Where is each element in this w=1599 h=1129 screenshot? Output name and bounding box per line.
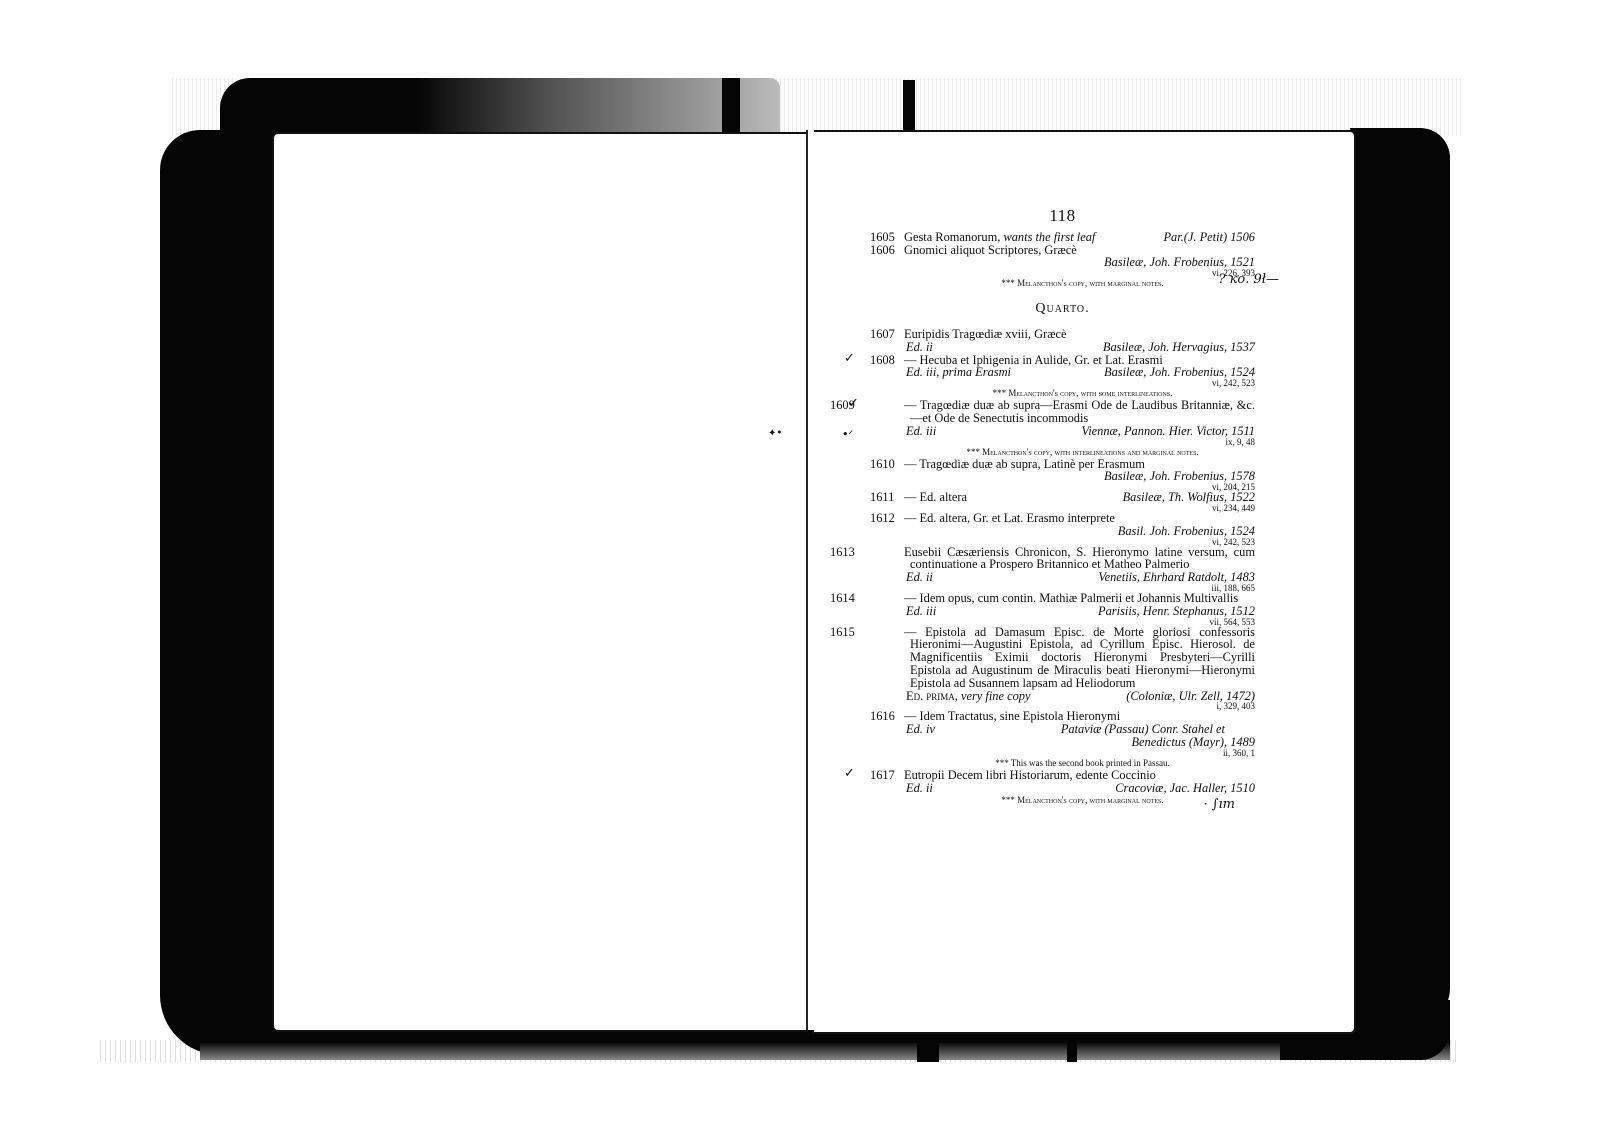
entry-imprint: Viennæ, Pannon. Hier. Victor, 1511 [1082, 425, 1255, 438]
entry-number: 1607 [870, 328, 904, 341]
entry-edition: Ed. iii, prima Erasmi [906, 366, 1011, 379]
catalogue-entry: 1606Gnomici aliquot Scriptores, Græcè Ba… [870, 244, 1255, 290]
catalogue-entry: ✓ 1609— Tragœdiæ duæ ab supra—Erasmi Ode… [870, 399, 1255, 457]
page-marker-tab [1067, 1030, 1077, 1062]
entry-number: 1616 [870, 710, 904, 723]
entry-number: 1605 [870, 231, 904, 244]
catalogue-entry: 1616— Idem Tractatus, sine Epistola Hier… [870, 710, 1255, 768]
entry-annotation: *** Melancthon's copy, with marginal not… [1001, 795, 1163, 805]
catalogue-entry: 1610— Tragœdiæ duæ ab supra, Latinè per … [870, 458, 1255, 492]
entry-reference: vi, 242, 523 [870, 379, 1255, 387]
entry-title: Tragœdiæ duæ ab supra—Erasmi Ode de Laud… [910, 398, 1255, 425]
catalogue-entry: 1612— Ed. altera, Gr. et Lat. Erasmo int… [870, 512, 1255, 546]
check-mark-icon: ✓ [848, 398, 859, 411]
catalogue-entry: 1613Eusebii Cæsæriensis Chronicon, S. Hi… [870, 546, 1255, 592]
entry-annotation: *** Melancthon's copy, with some interli… [993, 388, 1173, 398]
entry-number: 1611 [870, 491, 904, 504]
ditto-dash: — [904, 457, 916, 471]
entry-title: Eutropii Decem libri Historiarum, edente… [904, 768, 1156, 782]
entry-number: 1609 [870, 399, 904, 412]
entry-imprint: Basil. Joh. Frobenius, 1524 [1118, 524, 1255, 538]
catalogue-entry: 1611— Ed. alteraBasileæ, Th. Wolfius, 15… [870, 491, 1255, 512]
catalogue-page: 118 1605Gesta Romanorum, wants the first… [870, 210, 1255, 806]
entry-number: 1612 [870, 512, 904, 525]
entry-imprint: Par.(J. Petit) 1506 [1163, 231, 1255, 244]
entry-title: Idem opus, cum contin. Mathiæ Palmerii e… [920, 591, 1239, 605]
entry-reference: ii, 360, 1 [870, 749, 1255, 757]
handwritten-signature: · ∫ım [1203, 799, 1235, 812]
entry-title: Euripidis Tragœdiæ xviii, Græcè [904, 327, 1066, 341]
entry-annotation: *** This was the second book printed in … [995, 758, 1170, 768]
page-marker-tab [917, 1030, 939, 1062]
entry-edition: Ed. prima, [906, 689, 958, 703]
catalogue-entry: ✓ 1617Eutropii Decem libri Historiarum, … [870, 769, 1255, 807]
entry-edition: Ed. iii [906, 605, 936, 618]
book-cover-edge-bottom [200, 1030, 1450, 1060]
entry-edition: Ed. iv [906, 723, 935, 736]
check-mark-icon: ✓ [844, 768, 855, 781]
handwritten-annotation: ? ко. 9ł— [1219, 274, 1279, 287]
book-cover-edge-right [1350, 128, 1450, 1028]
entry-imprint: Parisiis, Henr. Stephanus, 1512 [1098, 605, 1255, 618]
entry-reference: ix, 9, 48 [870, 438, 1255, 446]
entry-edition: Ed. iii [906, 425, 936, 438]
entry-annotation: *** Melancthon's copy, with marginal not… [1001, 278, 1163, 288]
catalogue-entry: ✓ 1608— Hecuba et Iphigenia in Aulide, G… [870, 354, 1255, 400]
entry-number: 1613 [870, 546, 904, 559]
entry-number: 1614 [870, 592, 904, 605]
entry-edition: Ed. ii [906, 571, 933, 584]
check-mark-icon: ✓ [844, 353, 855, 366]
entry-title: Gnomici aliquot Scriptores, Græcè [904, 243, 1077, 257]
catalogue-entry: 1614— Idem opus, cum contin. Mathiæ Palm… [870, 592, 1255, 626]
book-cover-edge-top [220, 78, 780, 136]
entry-reference: vi, 226, 393 [870, 269, 1255, 277]
ditto-dash: — [904, 490, 916, 504]
book-cover-edge-left [160, 130, 278, 1055]
book-gutter [806, 130, 814, 1030]
page-marker-tab [903, 80, 915, 132]
entry-number: 1610 [870, 458, 904, 471]
entry-number: 1617 [870, 769, 904, 782]
entry-number: 1615 [870, 626, 904, 639]
entry-number: 1608 [870, 354, 904, 367]
catalogue-entry: 1607Euripidis Tragœdiæ xviii, Græcè Ed. … [870, 328, 1255, 354]
ditto-dash: — [904, 511, 916, 525]
scanned-book-spread: ✦• •ᐟ 118 1605Gesta Romanorum, wants the… [0, 0, 1599, 1129]
catalogue-entry: 1615— Epistola ad Damasum Episc. de Mort… [870, 626, 1255, 711]
page-marker-tab [722, 78, 740, 133]
entry-title: Eusebii Cæsæriensis Chronicon, S. Hieron… [904, 545, 1255, 572]
entry-title: Ed. altera [920, 490, 967, 504]
section-heading: Quarto. [870, 303, 1255, 316]
entry-annotation: *** Melancthon's copy, with interlineati… [966, 447, 1198, 457]
entry-edition: Ed. ii [906, 782, 933, 795]
page-number: 118 [870, 210, 1255, 223]
left-page-blank [272, 132, 808, 1032]
ink-blot-mark: ✦• [768, 428, 782, 439]
ditto-dash: — [904, 591, 916, 605]
entry-imprint: Cracoviæ, Jac. Haller, 1510 [1115, 782, 1255, 795]
entry-title: Epistola ad Damasum Episc. de Morte glor… [910, 625, 1255, 690]
ink-blot-mark: •ᐟ [842, 428, 853, 441]
entry-condition: very fine copy [961, 689, 1031, 703]
entry-number: 1606 [870, 244, 904, 257]
entry-title: Ed. altera, Gr. et Lat. Erasmo interpret… [920, 511, 1115, 525]
entry-imprint: Benedictus (Mayr), 1489 [1131, 735, 1255, 749]
